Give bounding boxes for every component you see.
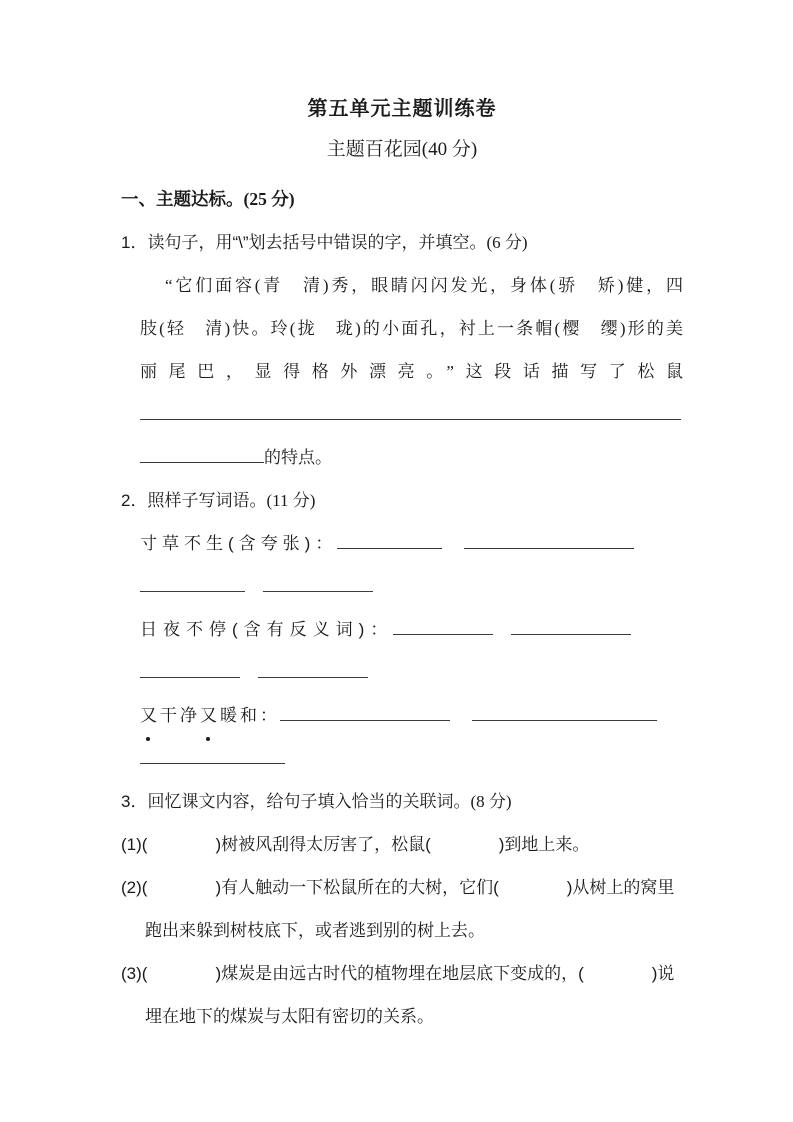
q2-row-6 (121, 737, 683, 780)
emphasized-char: 又 (200, 694, 220, 737)
q3-item-3: (3)( )煤炭是由远古时代的植物埋在地层底下变成的，( )说埋在地下的煤炭与太… (121, 952, 690, 1038)
section-heading: 一、主题达标。(25 分) (121, 178, 683, 221)
answer-blank (263, 572, 373, 592)
subtitle: 主题百花园(40 分) (121, 136, 683, 164)
q2-row-3: 日夜不停(含有反义词)： (121, 608, 683, 651)
answer-blank (511, 615, 631, 635)
q1-heading-score: (6 分) (487, 233, 528, 252)
answer-blank (140, 443, 264, 463)
q2-row3-label: 又干净又暖和： (140, 706, 280, 725)
q2-row3-text-2: 暖和： (220, 706, 280, 725)
q2-heading-text: 2．照样子写词语。 (121, 491, 266, 510)
q2-row-4 (121, 651, 683, 694)
q2-heading-score: (11 分) (266, 491, 315, 510)
page-title: 第五单元主题训练卷 (121, 94, 683, 124)
q2-heading: 2．照样子写词语。(11 分) (121, 479, 683, 522)
answer-blank (140, 744, 285, 764)
q2-row-2 (121, 565, 683, 608)
subtitle-text: 主题百花园 (327, 139, 422, 160)
answer-blank (337, 529, 442, 549)
q3-item-2: (2)( )有人触动一下松鼠所在的大树，它们( )从树上的窝里跑出来躲到树枝底下… (121, 866, 690, 952)
section-heading-text: 一、主题达标。 (121, 189, 244, 209)
answer-blank (393, 615, 493, 635)
q2-row1-label: 寸草不生(含夸张)： (140, 534, 337, 553)
q3-item-1: (1)( )树被风刮得太厉害了，松鼠( )到地上来。 (121, 823, 690, 866)
emphasized-char: 又 (140, 694, 160, 737)
answer-blank (464, 529, 634, 549)
q1-tail-text: 的特点。 (264, 448, 332, 467)
q1-quote-line-1: “它们面容(青 清)秀，眼睛闪闪发光，身体(骄 矫)健，四 (121, 264, 683, 307)
q3-heading-text: 3．回忆课文内容，给句子填入恰当的关联词。 (121, 792, 470, 811)
q1-answer-row-2: 的特点。 (121, 436, 683, 479)
q3-heading: 3．回忆课文内容，给句子填入恰当的关联词。(8 分) (121, 780, 683, 823)
answer-blank (472, 701, 657, 721)
q2-row-5: 又干净又暖和： (121, 694, 683, 737)
answer-blank (258, 658, 368, 678)
section-heading-score: (25 分) (244, 189, 295, 209)
q1-quote-line-2: 肢(轻 清)快。玲(拢 珑)的小面孔，衬上一条帽(樱 缨)形的美 (121, 307, 683, 350)
answer-blank (280, 701, 450, 721)
answer-blank (140, 572, 245, 592)
answer-blank (140, 658, 240, 678)
answer-blank (140, 400, 681, 420)
subtitle-score: (40 分) (422, 139, 477, 160)
q2-row-1: 寸草不生(含夸张)： (121, 522, 683, 565)
q3-heading-score: (8 分) (470, 792, 511, 811)
q1-quote-line-3: 丽尾巴，显得格外漂亮。”这段话描写了松鼠 (121, 350, 683, 393)
q1-heading-text: 1．读句子，用“\”划去括号中错误的字，并填空。 (121, 233, 487, 252)
q2-row3-text-1: 干净 (160, 706, 200, 725)
q1-heading: 1．读句子，用“\”划去括号中错误的字，并填空。(6 分) (121, 221, 683, 264)
q1-answer-row-1 (121, 393, 683, 436)
q2-row2-label: 日夜不停(含有反义词)： (140, 620, 393, 639)
worksheet-page: 第五单元主题训练卷 主题百花园(40 分) 一、主题达标。(25 分) 1．读句… (0, 0, 793, 1038)
